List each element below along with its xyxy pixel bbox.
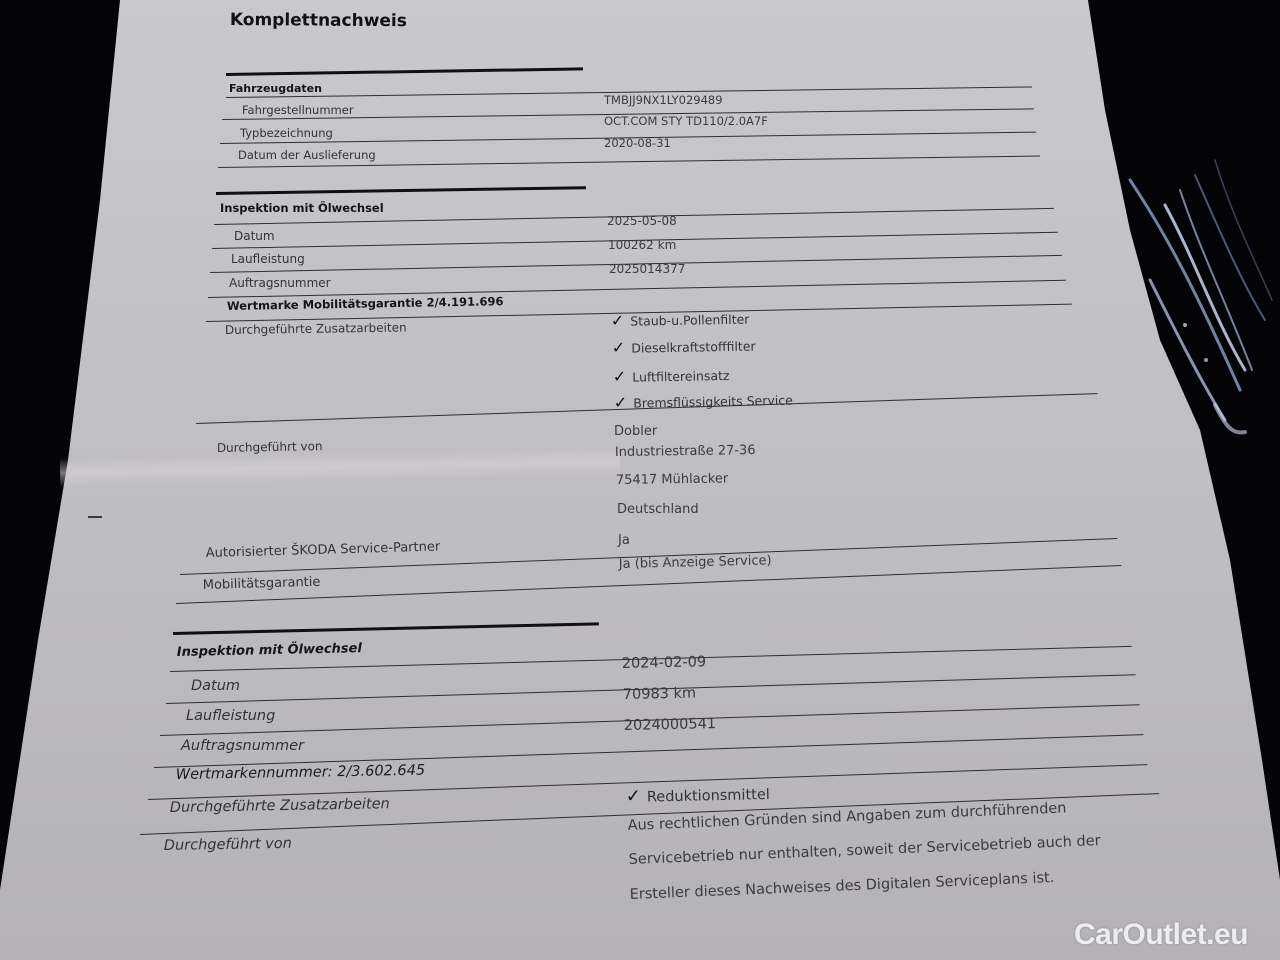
document-title: Komplettnachweis [230,10,407,31]
legal-notice-line: Ersteller dieses Nachweises des Digitale… [629,870,1054,903]
check-icon: ✓ [612,338,626,357]
row-value: 2025014377 [609,262,685,276]
address-line: Deutschland [617,502,699,517]
stamp-number-label: Wertmarkennummer: 2/3.602.645 [176,763,426,783]
row-value: 2024-02-09 [622,654,707,672]
vehicle-section-heading: Fahrzeugdaten [229,82,322,95]
address-line: 75417 Mühlacker [616,471,729,488]
row-rule [208,280,1066,298]
watermark-logo: CarOutlet.eu [1074,918,1248,952]
address-line: Industriestraße 27-36 [615,443,756,460]
performed-by-label: Durchgeführt von [217,439,323,455]
authorized-partner-value: Ja [618,533,630,548]
mobility-stamp-label: Wertmarke Mobilitätsgarantie 2/4.191.696 [227,294,504,313]
row-label: Datum der Auslieferung [238,148,376,162]
row-value: OCT.COM STY TD110/2.0A7F [604,114,768,128]
row-label: Typbezeichnung [240,126,333,140]
extra-work-item: ✓Luftfiltereinsatz [613,365,730,386]
row-label: Fahrgestellnummer [242,103,354,117]
inspection-heading: Inspektion mit Ölwechsel [177,641,362,660]
check-icon: ✓ [613,367,627,386]
row-value: 100262 km [608,238,676,252]
row-label: Laufleistung [231,252,305,266]
row-value: 2020-08-31 [604,136,671,150]
mobility-guarantee-label: Mobilitätsgarantie [203,575,321,593]
row-label: Datum [234,229,275,243]
row-value: 2024000541 [624,716,717,734]
section-heavy-rule [173,622,599,635]
section-heavy-rule [226,67,583,76]
row-label: Auftragsnummer [181,738,304,754]
row-label: Laufleistung [186,708,275,724]
extra-work-item: ✓Reduktionsmittel [626,783,770,807]
extra-work-item: ✓Staub-u.Pollenfilter [611,309,750,330]
extra-work-label: Durchgeführte Zusatzarbeiten [225,320,407,337]
check-icon: ✓ [626,786,642,807]
extra-work-item: ✓Dieselkraftstofffilter [612,335,756,357]
service-record-document: Komplettnachweis Fahrzeugdaten Fahrgeste… [0,0,1280,960]
row-value: 70983 km [623,685,697,703]
row-value: 2025-05-08 [607,214,677,228]
section-heavy-rule [216,186,586,195]
check-icon: ✓ [611,311,625,330]
row-label: Datum [191,678,240,694]
performed-by-label: Durchgeführt von [164,836,292,854]
photo-scene: Komplettnachweis Fahrzeugdaten Fahrgeste… [0,0,1280,960]
extra-work-label: Durchgeführte Zusatzarbeiten [170,796,390,816]
legal-notice-line: Servicebetrieb nur enthalten, soweit der… [628,833,1101,868]
authorized-partner-label: Autorisierter ŠKODA Service-Partner [206,539,441,561]
inspection-heading: Inspektion mit Ölwechsel [220,201,384,215]
row-label: Auftragsnummer [229,276,331,290]
address-line: Dobler [614,424,657,439]
mobility-guarantee-value: Ja (bis Anzeige Service) [619,553,772,572]
row-value: TMBJJ9NX1LY029489 [604,93,723,107]
